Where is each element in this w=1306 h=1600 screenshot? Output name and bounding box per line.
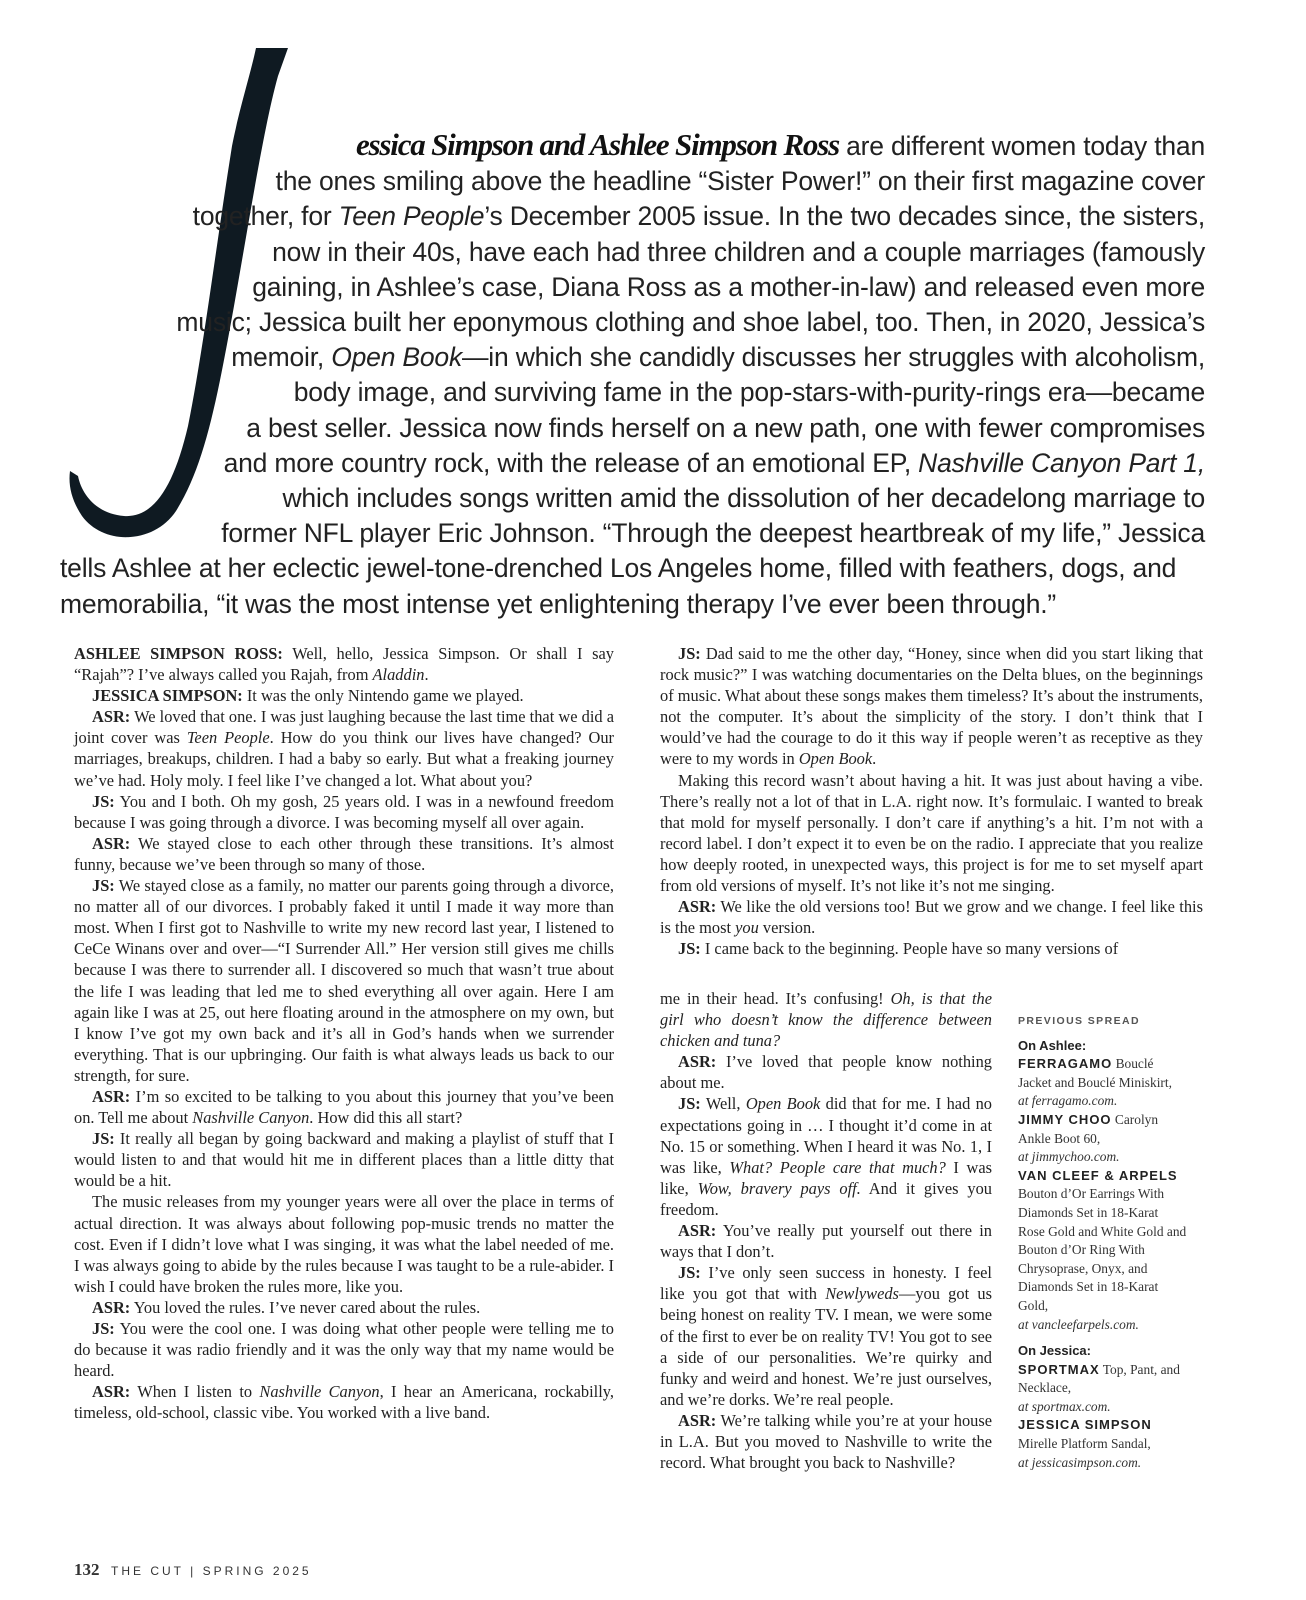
magazine-folio: THE CUT | SPRING 2025 (111, 1564, 312, 1578)
qa-paragraph: ASR: We’re talking while you’re at your … (660, 1410, 992, 1473)
intro-line-10: and more country rock, with the release … (60, 446, 1205, 481)
intro-line-13: tells Ashlee at her eclectic jewel-tone-… (60, 551, 1205, 586)
intro-line-1: essica Simpson and Ashlee Simpson Ross a… (60, 127, 1205, 164)
speaker-label: ASR: (92, 834, 130, 853)
speaker-label: JS: (678, 1263, 701, 1282)
credit-item: SPORTMAX Top, Pant, and Necklace,at spor… (1018, 1361, 1188, 1417)
intro-line-2: the ones smiling above the headline “Sis… (60, 164, 1205, 199)
credit-item: JESSICA SIMPSON Mirelle Platform Sandal,… (1018, 1416, 1188, 1472)
qa-paragraph: JS: Dad said to me the other day, “Honey… (660, 643, 1203, 770)
retailer-url: at jimmychoo.com. (1018, 1149, 1120, 1164)
credits-subject-ashlee: On Ashlee: (1018, 1037, 1188, 1056)
retailer-url: at jessicasimpson.com. (1018, 1455, 1141, 1470)
book-title: Open Book (331, 342, 462, 372)
intro-line-8: body image, and surviving fame in the po… (60, 375, 1205, 410)
speaker-label: ASR: (92, 1298, 130, 1317)
speaker-label: ASR: (92, 707, 130, 726)
spacer (1018, 1334, 1188, 1342)
page-footer: 132 THE CUT | SPRING 2025 (74, 1560, 312, 1580)
intro-line-14: memorabilia, “it was the most intense ye… (60, 587, 1205, 622)
speaker-label: ASHLEE SIMPSON ROSS: (74, 644, 283, 663)
speaker-label: ASR: (678, 1052, 716, 1071)
speaker-label: JS: (678, 1094, 701, 1113)
intro-line-3: together, for Teen People’s December 200… (60, 199, 1205, 234)
speaker-label: JS: (92, 792, 115, 811)
qa-paragraph: me in their head. It’s confusing! Oh, is… (660, 988, 992, 1051)
qa-paragraph: ASR: I’ve loved that people know nothing… (660, 1051, 992, 1093)
interview-left-column: ASHLEE SIMPSON ROSS: Well, hello, Jessic… (74, 643, 614, 1423)
interview-right-column-narrow: me in their head. It’s confusing! Oh, is… (660, 988, 992, 1473)
qa-paragraph: ASR: You loved the rules. I’ve never car… (74, 1297, 614, 1318)
qa-paragraph: ASR: We loved that one. I was just laugh… (74, 706, 614, 790)
intro-line-6: music; Jessica built her eponymous cloth… (60, 305, 1205, 340)
intro-line-7: memoir, Open Book—in which she candidly … (60, 340, 1205, 375)
retailer-url: at vancleefarpels.com. (1018, 1317, 1139, 1332)
speaker-label: JS: (92, 876, 115, 895)
publication-title: Teen People (339, 201, 485, 231)
qa-paragraph: ASR: We stayed close to each other throu… (74, 833, 614, 875)
credits-subject-jessica: On Jessica: (1018, 1342, 1188, 1361)
qa-paragraph: Making this record wasn’t about having a… (660, 770, 1203, 897)
credit-item: FERRAGAMO Bouclé Jacket and Bouclé Minis… (1018, 1055, 1188, 1111)
qa-paragraph: ASR: I’m so excited to be talking to you… (74, 1086, 614, 1128)
intro-line-11: which includes songs written amid the di… (60, 481, 1205, 516)
interview-right-column: JS: Dad said to me the other day, “Honey… (660, 643, 1203, 959)
qa-paragraph: ASR: We like the old versions too! But w… (660, 896, 1203, 938)
speaker-label: ASR: (678, 897, 716, 916)
qa-paragraph: ASR: When I listen to Nashville Canyon, … (74, 1381, 614, 1423)
credit-item: VAN CLEEF & ARPELS Bouton d’Or Earrings … (1018, 1167, 1188, 1334)
qa-paragraph: JESSICA SIMPSON: It was the only Nintend… (74, 685, 614, 706)
intro-line-5: gaining, in Ashlee’s case, Diana Ross as… (60, 270, 1205, 305)
speaker-label: JS: (678, 644, 701, 663)
qa-paragraph: JS: You and I both. Oh my gosh, 25 years… (74, 791, 614, 833)
speaker-label: ASR: (678, 1411, 716, 1430)
lead-names: essica Simpson and Ashlee Simpson Ross (356, 127, 839, 162)
qa-paragraph: JS: You were the cool one. I was doing w… (74, 1318, 614, 1381)
qa-paragraph: JS: I’ve only seen success in honesty. I… (660, 1262, 992, 1410)
intro-line-12: former NFL player Eric Johnson. “Through… (60, 516, 1205, 551)
qa-paragraph: JS: I came back to the beginning. People… (660, 938, 1203, 959)
retailer-url: at ferragamo.com. (1018, 1093, 1117, 1108)
page-number: 132 (74, 1560, 100, 1579)
qa-paragraph: ASR: You’ve really put yourself out ther… (660, 1220, 992, 1262)
retailer-url: at sportmax.com. (1018, 1399, 1111, 1414)
ep-title: Nashville Canyon Part 1, (918, 448, 1205, 478)
speaker-label: JS: (92, 1129, 115, 1148)
qa-paragraph: The music releases from my younger years… (74, 1191, 614, 1296)
speaker-label: JESSICA SIMPSON: (92, 686, 243, 705)
intro-paragraph: essica Simpson and Ashlee Simpson Ross a… (60, 127, 1205, 622)
intro-line-4: now in their 40s, have each had three ch… (60, 235, 1205, 270)
credits-heading: PREVIOUS SPREAD (1018, 1012, 1188, 1031)
qa-paragraph: JS: It really all began by going backwar… (74, 1128, 614, 1191)
speaker-label: ASR: (92, 1382, 130, 1401)
speaker-label: JS: (678, 939, 701, 958)
intro-line-9: a best seller. Jessica now finds herself… (60, 411, 1205, 446)
qa-paragraph: ASHLEE SIMPSON ROSS: Well, hello, Jessic… (74, 643, 614, 685)
speaker-label: ASR: (92, 1087, 130, 1106)
speaker-label: JS: (92, 1319, 115, 1338)
speaker-label: ASR: (678, 1221, 716, 1240)
qa-paragraph: JS: Well, Open Book did that for me. I h… (660, 1093, 992, 1220)
qa-paragraph: JS: We stayed close as a family, no matt… (74, 875, 614, 1086)
credit-item: JIMMY CHOO Carolyn Ankle Boot 60,at jimm… (1018, 1111, 1188, 1167)
fashion-credits: PREVIOUS SPREAD On Ashlee: FERRAGAMO Bou… (1018, 1012, 1188, 1472)
